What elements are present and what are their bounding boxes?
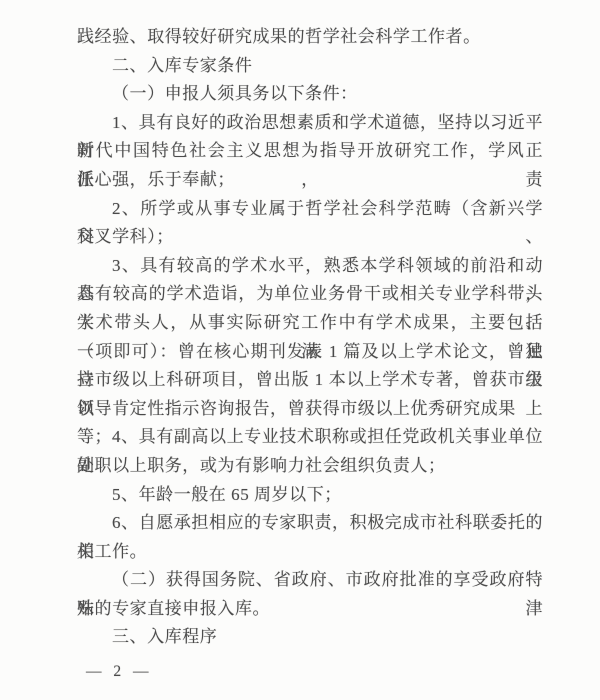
text-line: 具有较高的学术造诣，为单位业务骨干或相关专业学科带头人、	[77, 280, 543, 309]
text-line: 2、所学或从事专业属于哲学社会科学范畴（含新兴学科、	[77, 195, 543, 224]
text-line: 关工作。	[77, 538, 543, 567]
page-number: — 2 —	[86, 663, 153, 681]
section-heading: 三、入库程序	[77, 623, 543, 652]
text-line: 践经验、取得较好研究成果的哲学社会科学工作者。	[77, 23, 543, 52]
text-line: 时代中国特色社会主义思想为指导开放研究工作，学风正派，责	[77, 137, 543, 166]
text-line: 4、具有副高以上专业技术职称或担任党政机关事业单位副	[77, 423, 543, 452]
text-line: （一）申报人须具务以下条件：	[77, 80, 543, 109]
text-line: 处职以上职务，或为有影响力社会组织负责人；	[77, 452, 543, 481]
text-line: （二）获得国务院、省政府、市政府批准的享受政府特殊津	[77, 566, 543, 595]
text-line: 1、具有良好的政治思想素质和学术道德，坚持以习近平新	[77, 109, 543, 138]
document-page: 践经验、取得较好研究成果的哲学社会科学工作者。 二、入库专家条件 （一）申报人须…	[0, 0, 600, 700]
text-line: 3、具有较高的学术水平，熟悉本学科领域的前沿和动态，	[77, 252, 543, 281]
text-line: 6、自愿承担相应的专家职责，积极完成市社科联委托的相	[77, 509, 543, 538]
text-line: 领导肯定性指示咨询报告，曾获得市级以上优秀研究成果等；	[77, 395, 543, 424]
text-line: 5、年龄一般在 65 周岁以下；	[77, 481, 543, 510]
text-line: 学术带头人，从事实际研究工作中有学术成果，主要包括（满足	[77, 309, 543, 338]
section-heading: 二、入库专家条件	[77, 52, 543, 81]
text-line: 持市级以上科研项目，曾出版 1 本以上学术专著，曾获市级以上	[77, 366, 543, 395]
document-body: 践经验、取得较好研究成果的哲学社会科学工作者。 二、入库专家条件 （一）申报人须…	[77, 23, 543, 652]
text-line: 一项即可）：曾在核心期刊发表 1 篇及以上学术论文，曾独立主	[77, 338, 543, 367]
